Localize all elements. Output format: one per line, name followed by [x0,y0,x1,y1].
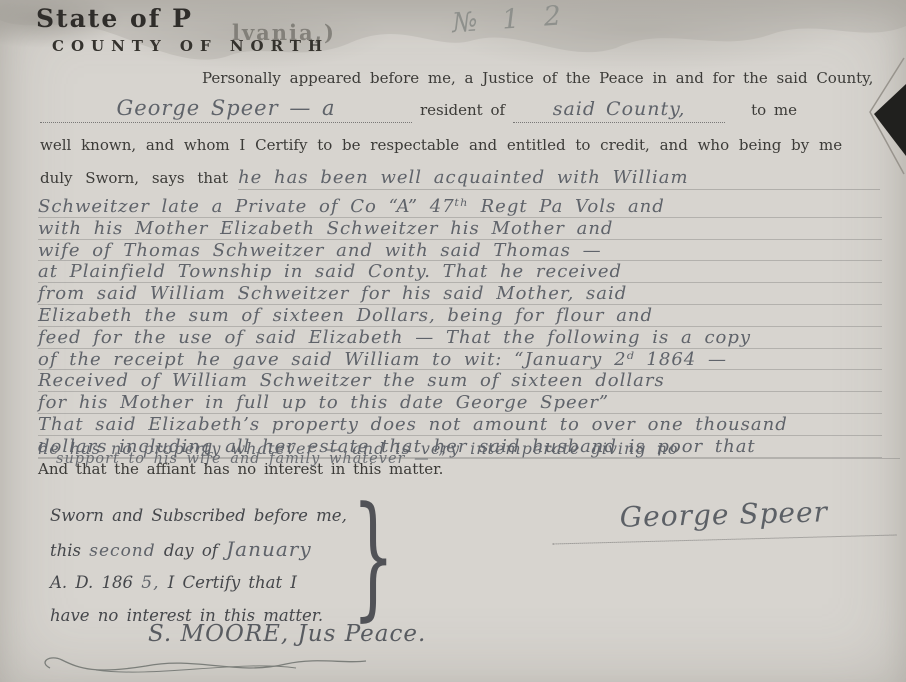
jurat-day-fill: second [89,541,155,561]
county-title: COUNTY OF NORTH [52,37,329,55]
jurat-text: day of [164,541,218,560]
affiant-no-interest-line: And that the affiant has no interest in … [38,460,443,478]
jurat-line: A. D. 186 5, I Certify that I [50,567,355,600]
affiant-signature: George Speer [552,494,897,545]
testimony-line: from said William Schweitzer for his sai… [38,283,882,305]
testimony-line: Received of William Schweitzer the sum o… [38,370,882,392]
jurat-brace: } [352,489,395,623]
testimony-line: feed for the use of said Elizabeth — Tha… [38,327,882,349]
jurat-year-fill: 5, [141,573,159,593]
jurat-text: I Certify that I [168,573,297,592]
testimony-line: he has been well acquainted with William [238,167,880,190]
testimony-line: wife of Thomas Schweitzer and with said … [38,240,882,262]
testimony-line: for his Mother in full up to this date G… [38,392,882,414]
sworn-line: duly Sworn, says that he has been well a… [40,167,880,190]
jurat-line: Sworn and Subscribed before me, [50,500,355,533]
testimony-line: That said Elizabeth’s property does not … [38,414,882,436]
duly-sworn-label: duly Sworn, says that [40,169,228,187]
resident-of-label: resident of [420,101,505,119]
state-title: State of P [36,4,193,33]
to-me-label: to me [751,101,797,119]
testimony-line: at Plainfield Township in said Conty. Th… [38,261,882,283]
signature-flourish-icon [36,650,376,680]
affidavit-document-page: State of P lvania,) COUNTY OF NORTH № 1 … [0,0,906,682]
affiant-name-fill: George Speer — a [40,96,412,123]
jurat-month-fill: January [226,537,312,561]
certify-line: well known, and whom I Certify to be res… [40,136,842,154]
testimony-block: Schweitzer late a Private of Co “A” 47ᵗʰ… [38,196,882,458]
name-line: George Speer — a resident of said County… [40,96,864,123]
jurat-text: A. D. 186 [50,573,133,592]
jurat-text: this [50,541,81,560]
testimony-line: of the receipt he gave said William to w… [38,349,882,371]
justice-signature: S. MOORE, Jus Peace. [148,621,426,647]
jurat-line: this second day of January [50,533,355,568]
testimony-line: Schweitzer late a Private of Co “A” 47ᵗʰ… [38,196,882,218]
testimony-line: with his Mother Elizabeth Schweitzer his… [38,218,882,240]
testimony-line: Elizabeth the sum of sixteen Dollars, be… [38,305,882,327]
residence-fill: said County, [513,98,725,123]
intro-line: Personally appeared before me, a Justice… [202,69,873,87]
jurat-block: Sworn and Subscribed before me, this sec… [50,500,355,632]
